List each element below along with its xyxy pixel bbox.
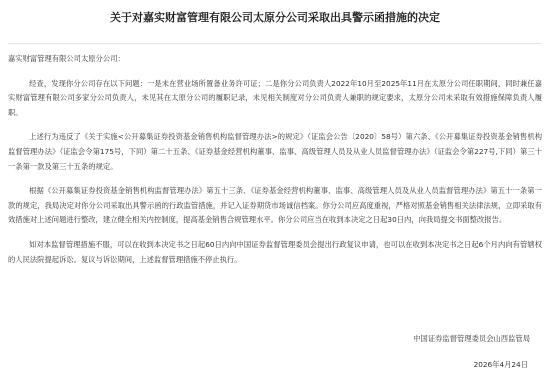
document-body: 嘉实财富管理有限公司太原分公司： 经查，发现你分公司存在以下问题：一是未在营业场… [8, 52, 542, 277]
paragraph-violations: 上述行为违反了《关于实施<公开募集证券投资基金销售机构监督管理办法>的规定》（证… [8, 130, 542, 174]
document-title: 关于对嘉实财富管理有限公司太原分公司采取出具警示函措施的决定 [0, 9, 550, 25]
paragraph-decision: 根据《公开募集证券投资基金销售机构监督管理办法》第五十三条、《证券基金经营机构董… [8, 184, 542, 228]
paragraph-findings: 经查，发现你分公司存在以下问题：一是未在营业场所置备业务许可证；二是你分公司负责… [8, 77, 542, 121]
salutation: 嘉实财富管理有限公司太原分公司： [8, 52, 542, 67]
title-divider [8, 43, 542, 44]
signatory: 中国证券监督管理委员会山西监管局 [350, 334, 530, 344]
issue-date: 2026年4月24日 [348, 360, 528, 370]
paragraph-appeal: 如对本监督管理措施不服，可以在收到本决定书之日起60日内向中国证券监督管理委员会… [8, 238, 542, 267]
document-page: 关于对嘉实财富管理有限公司太原分公司采取出具警示函措施的决定 嘉实财富管理有限公… [0, 0, 550, 377]
